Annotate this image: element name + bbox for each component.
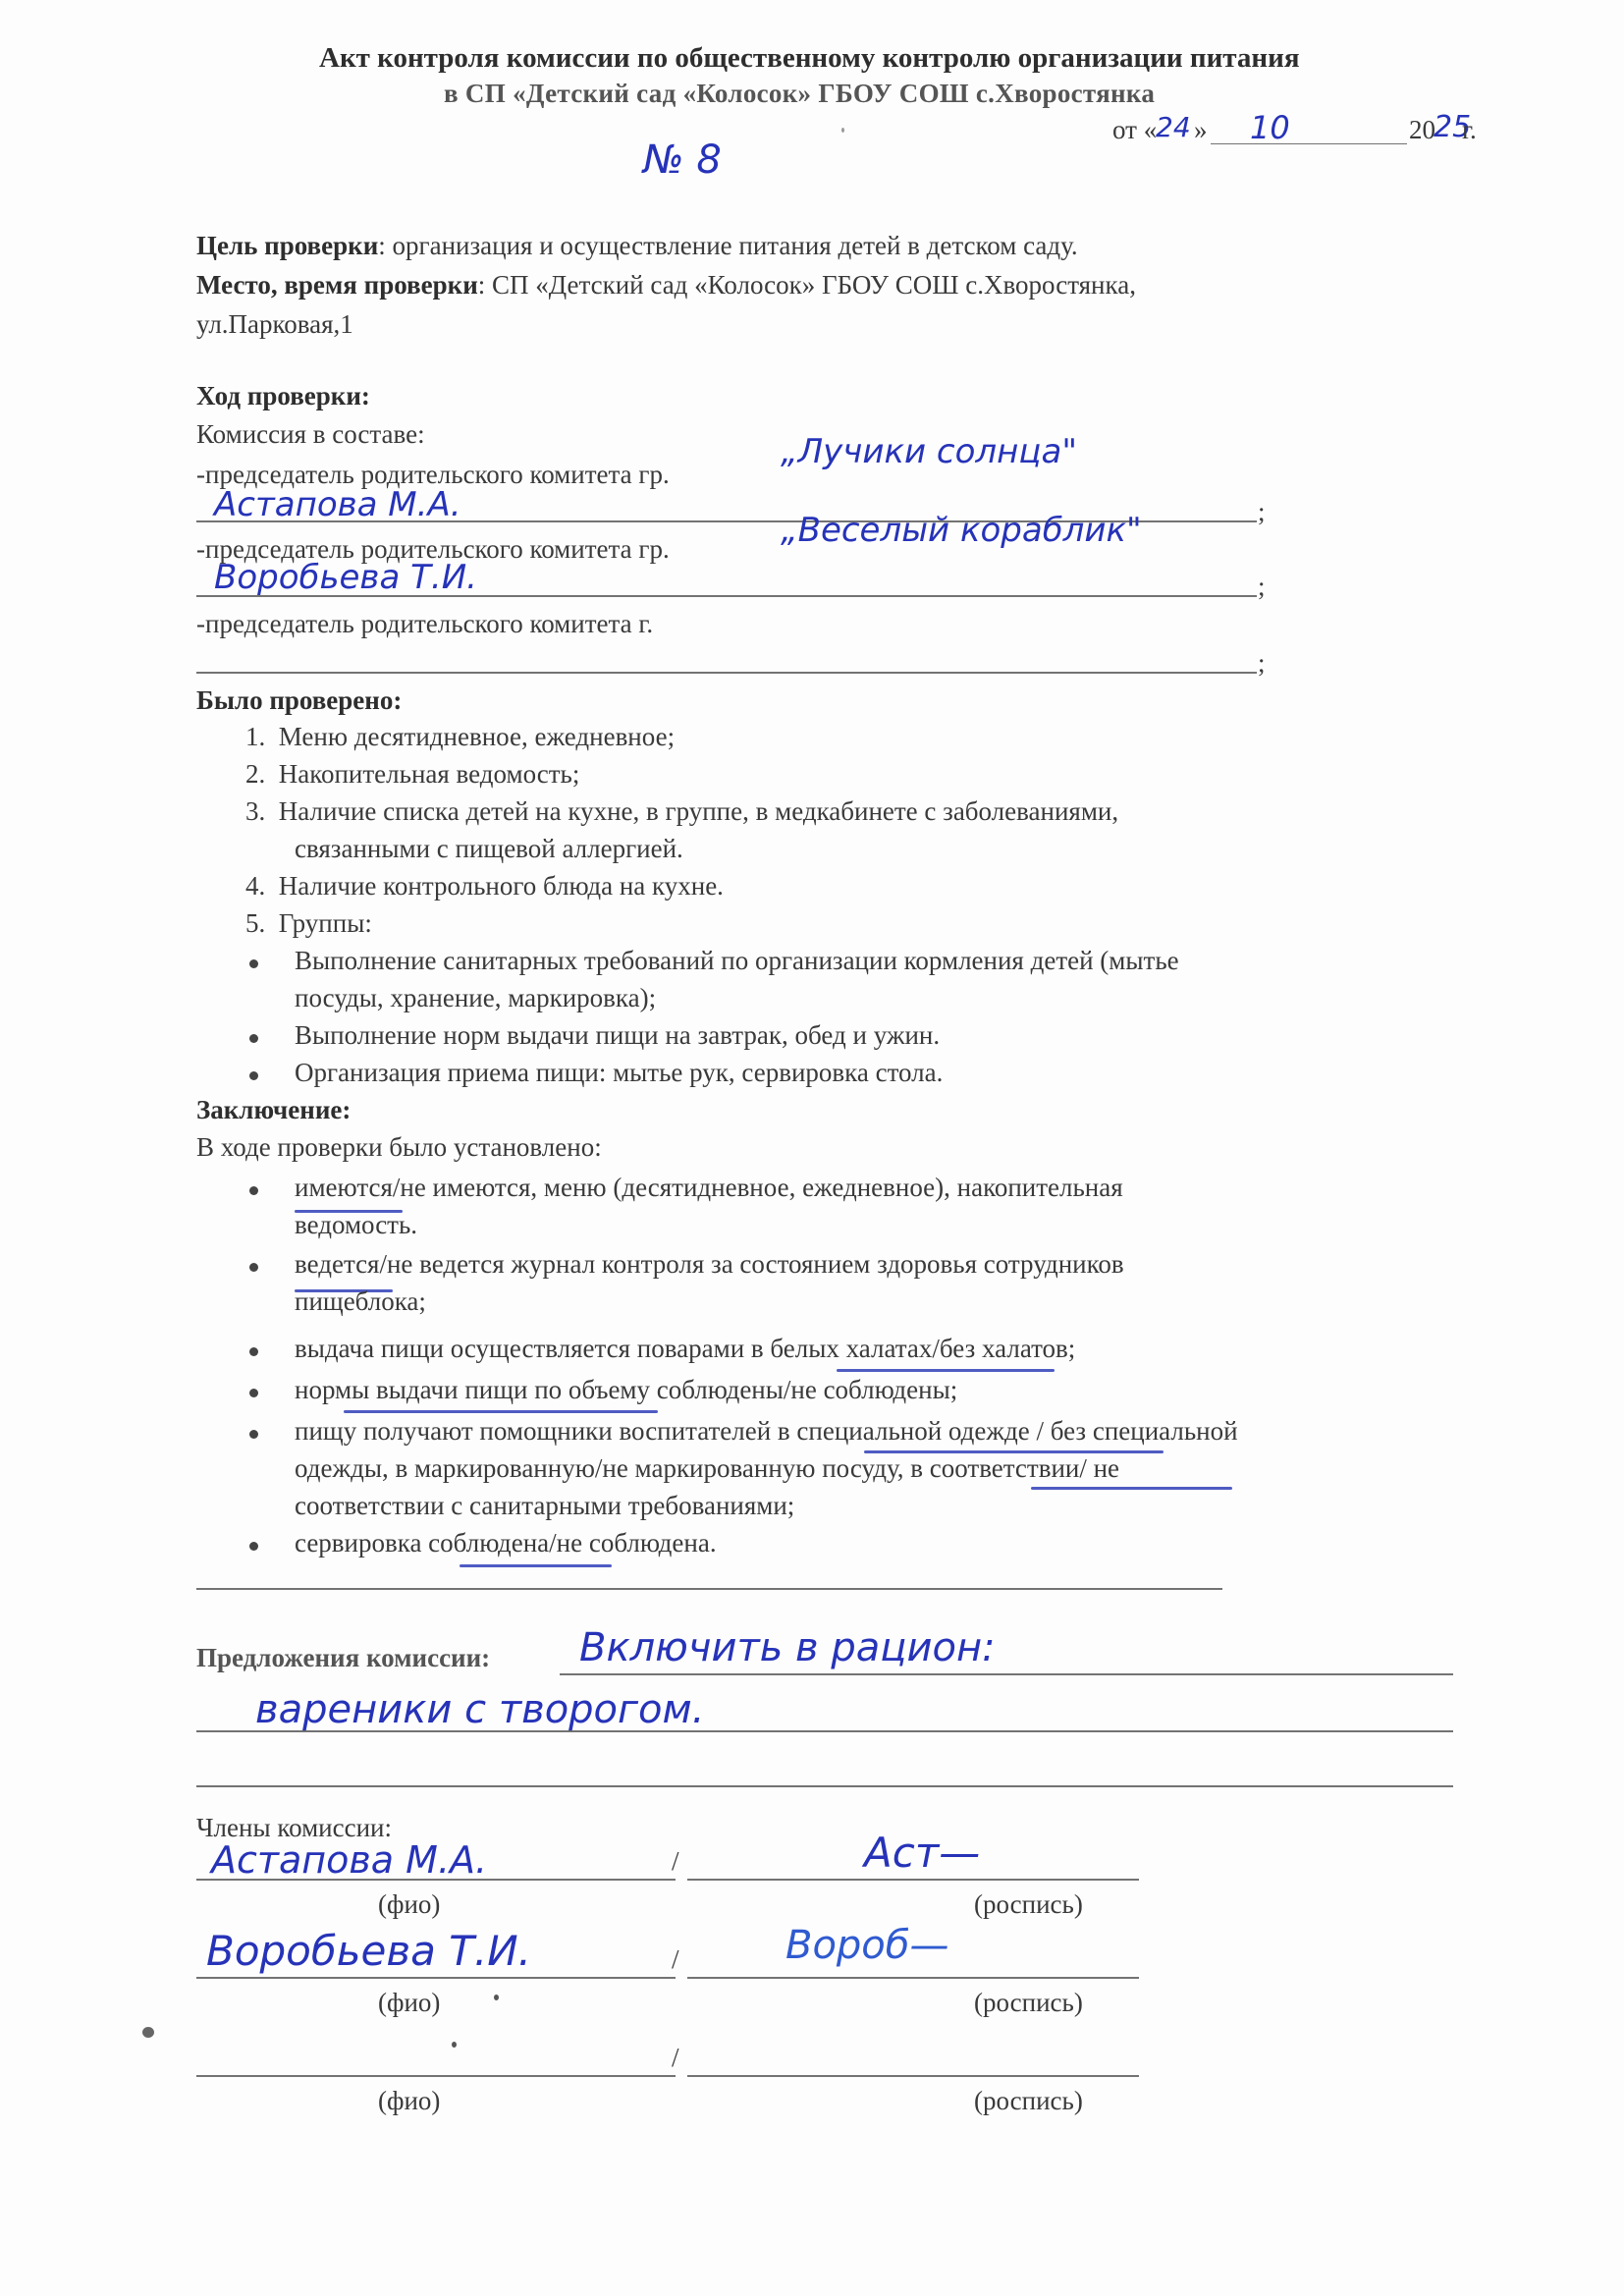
conclusion-line-1: имеются/не имеются, меню (десятидневное,… bbox=[295, 1175, 1123, 1201]
date-month: 10 bbox=[1250, 109, 1290, 146]
bullet bbox=[249, 1034, 258, 1043]
groups-bullet-2: Выполнение норм выдачи пищи на завтрак, … bbox=[295, 1022, 940, 1049]
separator-2: / bbox=[672, 1946, 679, 1973]
sign-line-1 bbox=[687, 1879, 1139, 1881]
selection-underline bbox=[460, 1564, 612, 1567]
sign-caption-3: (роспись) bbox=[974, 2088, 1083, 2114]
signature-2: Вороб— bbox=[785, 1923, 948, 1968]
member-name-1: Астапова М.А. bbox=[211, 1838, 487, 1882]
groups-bullet-3: Организация приема пищи: мытье рук, серв… bbox=[295, 1060, 943, 1086]
proposals-text-2: вареники с творогом. bbox=[255, 1687, 704, 1732]
progress-heading: Ход проверки: bbox=[196, 383, 370, 410]
conclusion-heading: Заключение: bbox=[196, 1097, 351, 1123]
sign-line-2 bbox=[687, 1977, 1139, 1979]
member-3-line bbox=[196, 672, 1257, 674]
checked-item-5: 5. Группы: bbox=[245, 910, 372, 937]
conclusion-line-4: нормы выдачи пищи по объему соблюдены/не… bbox=[295, 1377, 957, 1403]
signature-1: Аст— bbox=[864, 1829, 980, 1877]
selection-underline bbox=[837, 1369, 1055, 1372]
checked-heading: Было проверено: bbox=[196, 687, 402, 714]
semicolon-3: ; bbox=[1258, 650, 1266, 677]
member-2-group: „Веселый кораблик" bbox=[781, 511, 1142, 550]
bullet bbox=[249, 1389, 258, 1397]
fio-line-2 bbox=[196, 1977, 676, 1979]
fio-line-1 bbox=[196, 1879, 676, 1881]
document-title-line1: Акт контроля комиссии по общественному к… bbox=[319, 44, 1300, 73]
fio-line-3 bbox=[196, 2075, 676, 2077]
conclusion-end-line bbox=[196, 1588, 1222, 1590]
proposals-label: Предложения комиссии: bbox=[196, 1645, 490, 1671]
date-day: 24 bbox=[1156, 111, 1191, 143]
date-suffix: г. bbox=[1462, 117, 1477, 143]
selection-underline bbox=[1031, 1487, 1232, 1490]
act-date: от « 24 » 10 20 25 г. bbox=[1112, 111, 1486, 150]
members-label: Члены комиссии: bbox=[196, 1815, 392, 1841]
groups-bullet-1: Выполнение санитарных требований по орга… bbox=[295, 948, 1179, 974]
semicolon-1: ; bbox=[1258, 499, 1266, 525]
bullet bbox=[249, 1430, 258, 1439]
place-text: : СП «Детский сад «Колосок» ГБОУ СОШ с.Х… bbox=[478, 270, 1136, 300]
proposals-line-1 bbox=[560, 1673, 1453, 1675]
conclusion-line-5-cont: одежды, в маркированную/не маркированную… bbox=[295, 1455, 1119, 1482]
separator-3: / bbox=[672, 2045, 679, 2071]
conclusion-line-2-cont: пищеблока; bbox=[295, 1288, 426, 1315]
bullet bbox=[249, 1347, 258, 1356]
member-1-label: -председатель родительского комитета гр. bbox=[196, 462, 670, 488]
place: Место, время проверки: СП «Детский сад «… bbox=[196, 272, 1136, 299]
conclusion-intro: В ходе проверки было установлено: bbox=[196, 1134, 602, 1161]
checked-item-1: 1. Меню десятидневное, ежедневное; bbox=[245, 724, 675, 750]
conclusion-line-3: выдача пищи осуществляется поварами в бе… bbox=[295, 1336, 1075, 1362]
document-title-line2: в СП «Детский сад «Колосок» ГБОУ СОШ с.Х… bbox=[444, 81, 1155, 107]
checked-item-3: 3. Наличие списка детей на кухне, в груп… bbox=[245, 798, 1118, 825]
member-name-2: Воробьева Т.И. bbox=[206, 1927, 531, 1975]
bullet bbox=[249, 1071, 258, 1080]
checked-item-3-cont: связанными с пищевой аллергией. bbox=[295, 836, 683, 862]
scan-speck bbox=[494, 1995, 499, 2000]
scan-speck bbox=[142, 2027, 154, 2038]
sign-caption-1: (роспись) bbox=[974, 1891, 1083, 1918]
fio-caption-2: (фио) bbox=[378, 1990, 440, 2016]
conclusion-line-1-cont: ведомость. bbox=[295, 1212, 417, 1238]
place-address: ул.Парковая,1 bbox=[196, 311, 353, 338]
sign-caption-2: (роспись) bbox=[974, 1990, 1083, 2016]
proposals-line-3 bbox=[196, 1785, 1453, 1787]
sign-line-3 bbox=[687, 2075, 1139, 2077]
conclusion-line-2: ведется/не ведется журнал контроля за со… bbox=[295, 1251, 1124, 1278]
member-1-name: Астапова М.А. bbox=[214, 485, 461, 524]
purpose: Цель проверки: организация и осуществлен… bbox=[196, 233, 1078, 259]
member-1-group: „Лучики солнца" bbox=[781, 432, 1077, 471]
groups-bullet-1-cont: посуды, хранение, маркировка); bbox=[295, 985, 656, 1011]
purpose-text: : организация и осуществление питания де… bbox=[378, 231, 1077, 260]
checked-item-2: 2. Накопительная ведомость; bbox=[245, 761, 579, 788]
checked-item-4: 4. Наличие контрольного блюда на кухне. bbox=[245, 873, 724, 900]
date-prefix: от « bbox=[1112, 117, 1157, 143]
member-3-label: -председатель родительского комитета г. bbox=[196, 611, 653, 637]
date-close: » bbox=[1194, 117, 1208, 143]
commission-label: Комиссия в составе: bbox=[196, 421, 425, 448]
semicolon-2: ; bbox=[1258, 574, 1266, 600]
member-2-name: Воробьева Т.И. bbox=[214, 558, 477, 597]
act-number: № 8 bbox=[643, 137, 722, 183]
bullet bbox=[249, 1186, 258, 1195]
conclusion-line-5: пищу получают помощники воспитателей в с… bbox=[295, 1418, 1238, 1445]
conclusion-line-5-cont2: соответствии с санитарными требованиями; bbox=[295, 1493, 794, 1519]
scan-speck bbox=[841, 128, 844, 133]
bullet bbox=[249, 1542, 258, 1551]
place-label: Место, время проверки bbox=[196, 270, 478, 300]
conclusion-line-6: сервировка соблюдена/не соблюдена. bbox=[295, 1530, 717, 1557]
proposals-line-2 bbox=[196, 1730, 1453, 1732]
selection-underline bbox=[344, 1410, 658, 1413]
member-2-line bbox=[196, 595, 1257, 597]
purpose-label: Цель проверки bbox=[196, 231, 378, 260]
date-year-prefix: 20 bbox=[1409, 117, 1435, 143]
bullet bbox=[249, 1263, 258, 1272]
separator-1: / bbox=[672, 1848, 679, 1875]
scan-speck bbox=[452, 2042, 457, 2048]
fio-caption-1: (фио) bbox=[378, 1891, 440, 1918]
bullet bbox=[249, 959, 258, 968]
fio-caption-3: (фио) bbox=[378, 2088, 440, 2114]
proposals-text-1: Включить в рацион: bbox=[579, 1625, 996, 1670]
